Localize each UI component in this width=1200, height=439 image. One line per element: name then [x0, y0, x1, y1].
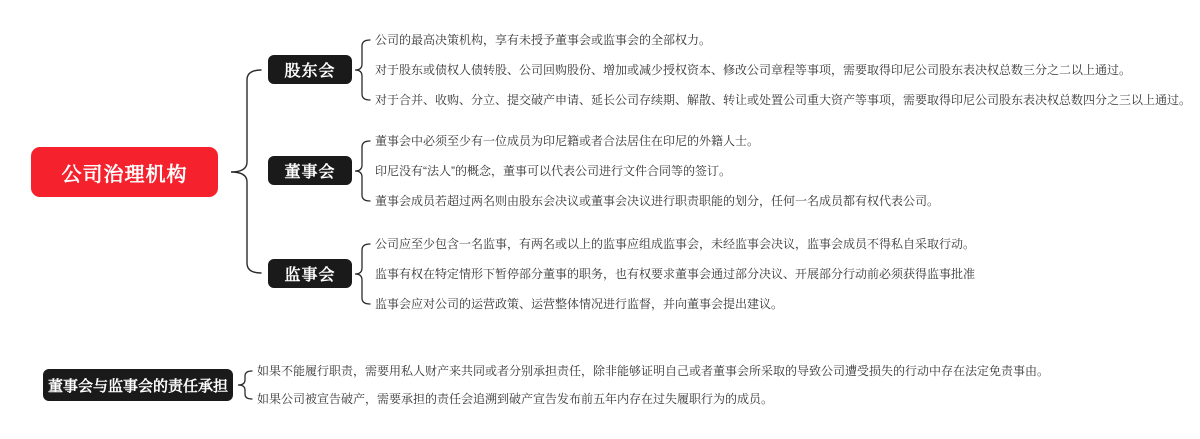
directors-item-2[interactable]: 印尼没有“法人”的概念，董事可以代表公司进行文件合同等的签订。 [375, 163, 731, 179]
topic-node-liability[interactable]: 董事会与监事会的责任承担 [43, 369, 233, 401]
directors-item-3[interactable]: 董事会成员若超过两名则由股东会决议或董事会决议进行职责职能的划分，任何一名成员都… [375, 193, 939, 209]
root-node-company-governance[interactable]: 公司治理机构 [31, 147, 218, 197]
directors-item-1[interactable]: 董事会中必须至少有一位成员为印尼籍或者合法居住在印尼的外籍人士。 [375, 133, 759, 149]
mindmap-canvas: 公司治理机构 股东会 董事会 监事会 公司的最高决策机构，享有未授予董事会或监事… [0, 0, 1200, 439]
topic-node-board-of-directors[interactable]: 董事会 [268, 156, 352, 185]
supervisors-item-2[interactable]: 监事有权在特定情形下暂停部分董事的职务，也有权要求董事会通过部分决议、开展部分行… [375, 266, 975, 282]
supervisors-item-1[interactable]: 公司应至少包含一名监事，有两名或以上的监事应组成监事会，未经监事会决议，监事会成… [375, 236, 975, 252]
liability-item-1[interactable]: 如果不能履行职责，需要用私人财产来共同或者分别承担责任，除非能够证明自己或者董事… [257, 363, 1049, 379]
shareholders-item-2[interactable]: 对于股东或债权人债转股、公司回购股份、增加或减少授权资本、修改公司章程等事项，需… [375, 62, 1131, 78]
shareholders-item-1[interactable]: 公司的最高决策机构，享有未授予董事会或监事会的全部权力。 [375, 32, 711, 48]
brace-liability [238, 371, 252, 399]
shareholders-item-3[interactable]: 对于合并、收购、分立、提交破产申请、延长公司存续期、解散、转让或处置公司重大资产… [375, 92, 1191, 108]
topic-node-board-of-supervisors[interactable]: 监事会 [268, 259, 352, 288]
brace-shareholders [355, 40, 370, 100]
brace-board-of-directors [355, 141, 370, 201]
topic-node-shareholders-meeting[interactable]: 股东会 [268, 55, 352, 84]
supervisors-item-3[interactable]: 监事会应对公司的运营政策、运营整体情况进行监督，并向董事会提出建议。 [375, 296, 783, 312]
brace-board-of-supervisors [355, 244, 370, 304]
liability-item-2[interactable]: 如果公司被宣告破产，需要承担的责任会追溯到破产宣告发布前五年内存在过失履职行为的… [257, 391, 773, 407]
brace-root-to-branches [231, 70, 261, 273]
